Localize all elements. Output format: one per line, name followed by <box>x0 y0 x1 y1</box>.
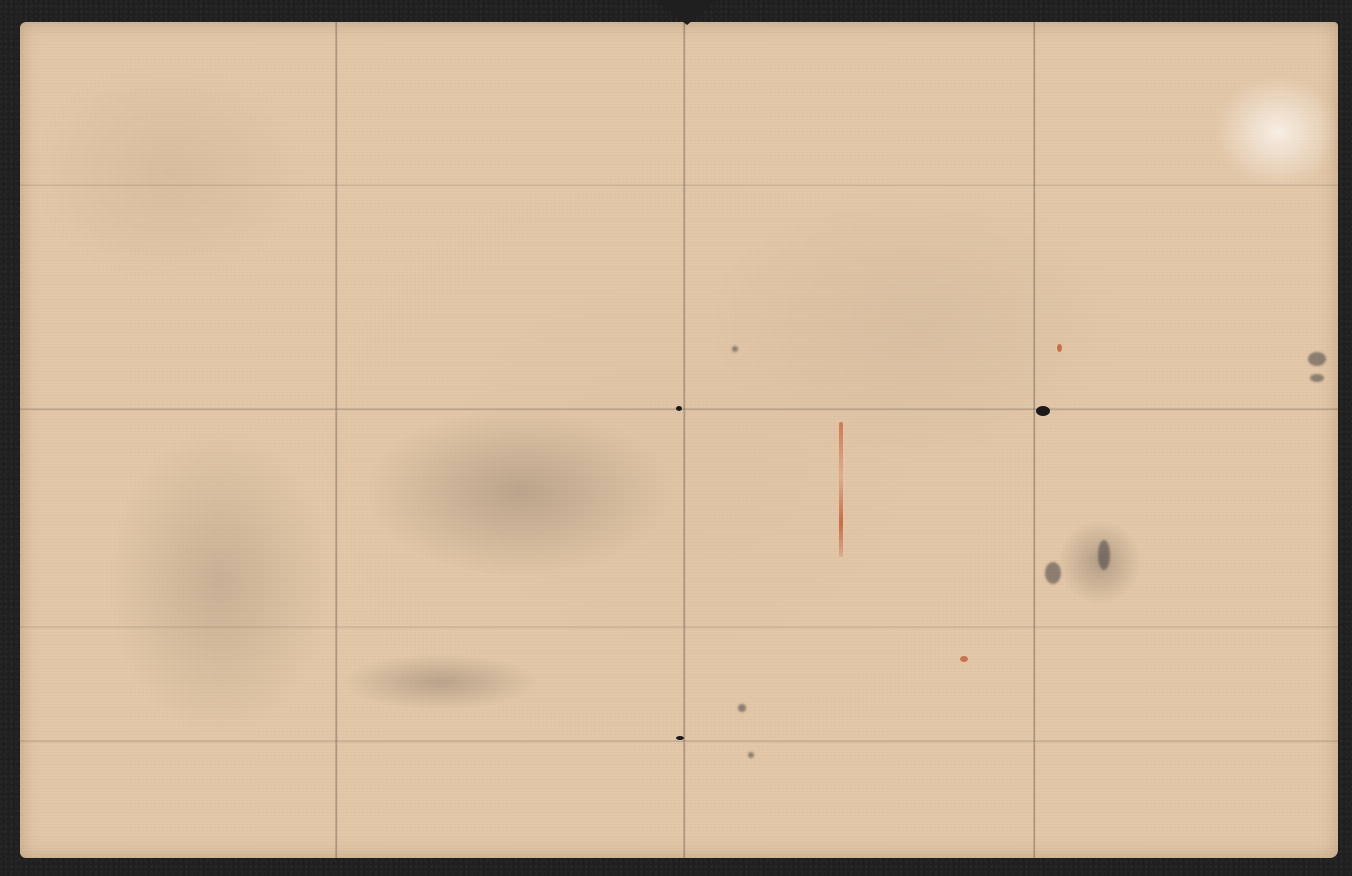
grime-spot <box>1045 562 1061 584</box>
grime-spot-2 <box>1098 540 1110 570</box>
red-ink-spot <box>960 656 968 662</box>
grime-mark-right-edge <box>1308 352 1326 366</box>
fold-hole <box>1036 406 1050 416</box>
grime-mark-right-edge-2 <box>1310 374 1324 382</box>
horizontal-crease-upper <box>20 184 1338 187</box>
dark-speck <box>732 346 738 352</box>
dark-speck-2 <box>738 704 746 712</box>
vertical-fold-1 <box>335 22 338 858</box>
horizontal-crease-bottom <box>20 740 1338 743</box>
fold-pinhole-bottom <box>676 736 684 740</box>
red-ink-dot <box>1057 344 1062 352</box>
horizontal-crease-lower <box>20 626 1338 629</box>
fold-pinhole-center <box>676 406 682 411</box>
aged-paper-note <box>20 22 1338 858</box>
dark-speck-3 <box>748 752 754 758</box>
vertical-fold-2 <box>683 22 686 858</box>
vertical-fold-3 <box>1033 22 1036 858</box>
red-ink-streak <box>839 422 843 557</box>
